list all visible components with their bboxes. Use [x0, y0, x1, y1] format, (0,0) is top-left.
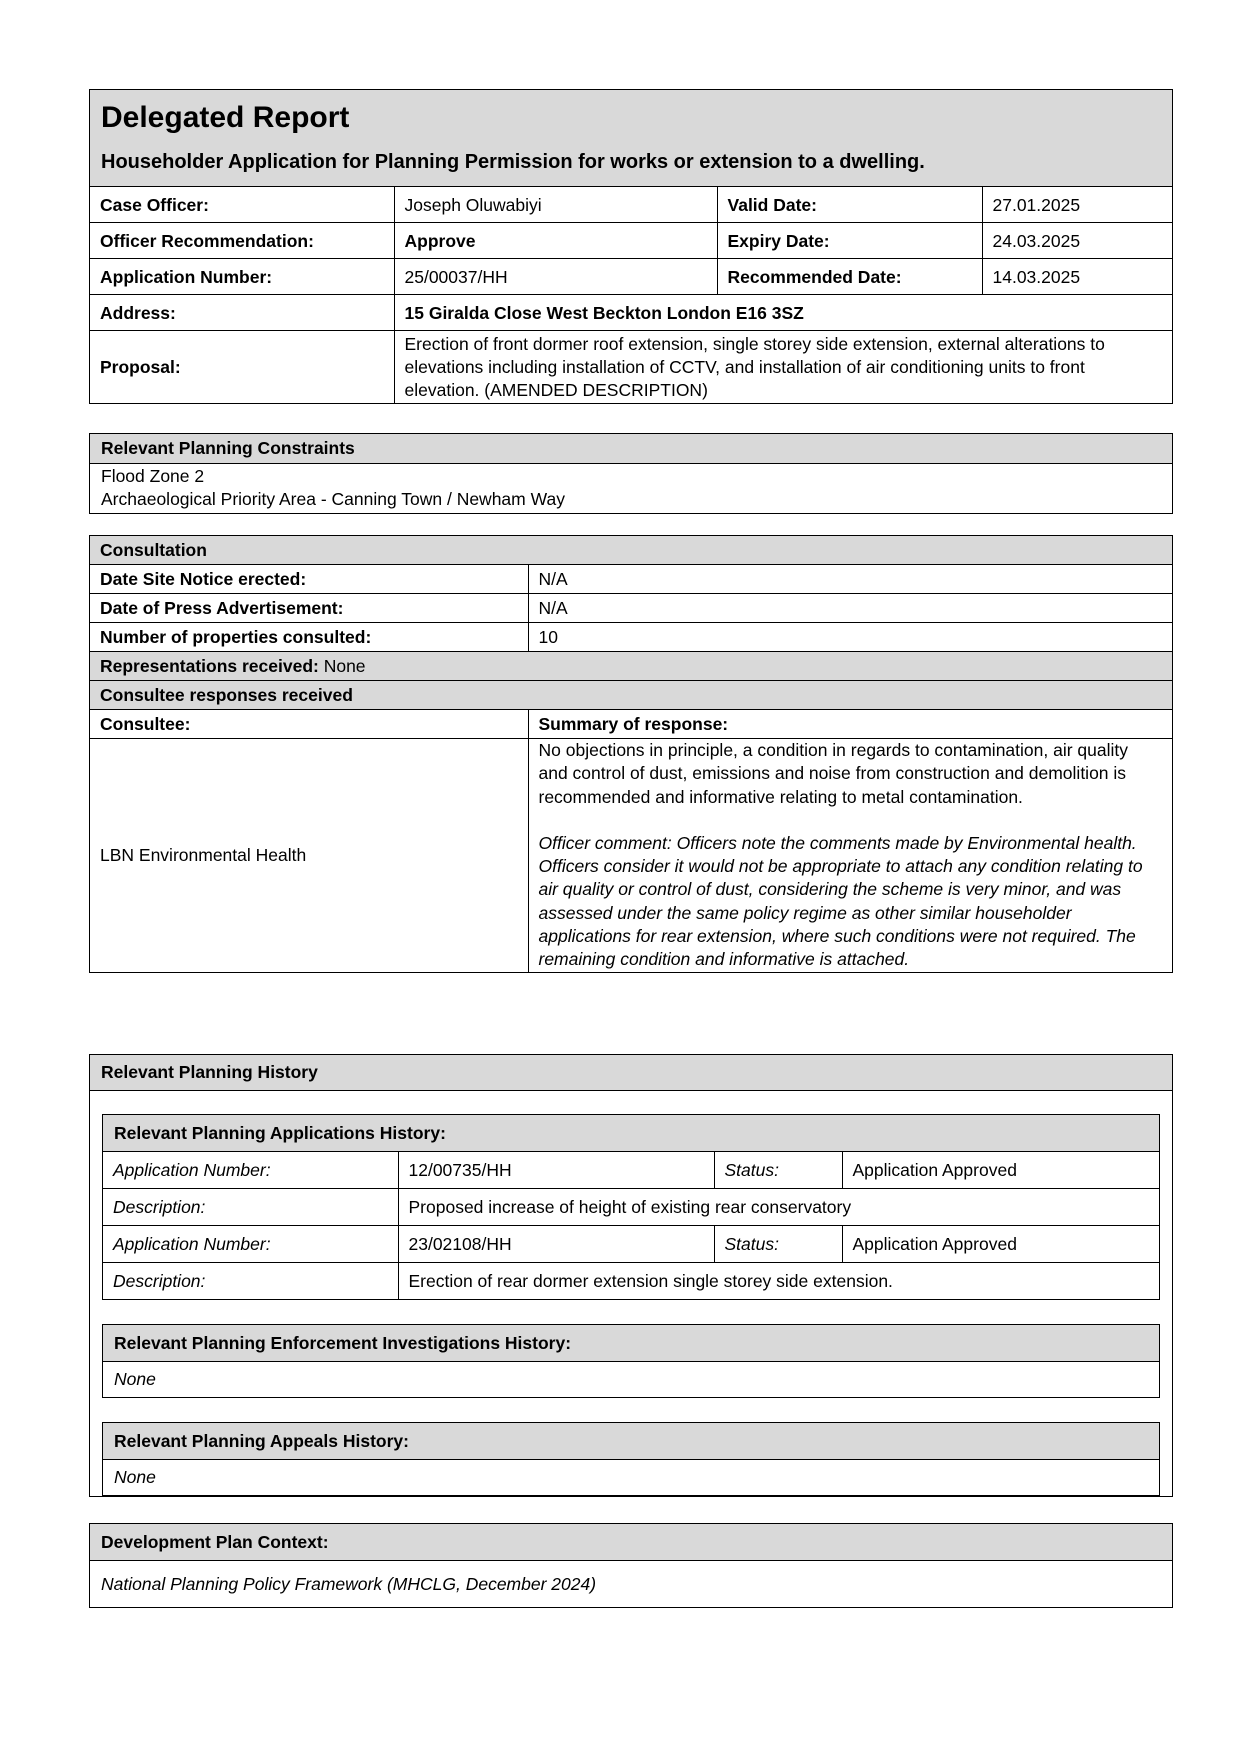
description-value: Erection of rear dormer extension single…	[398, 1263, 1159, 1300]
table-row: Description: Erection of rear dormer ext…	[103, 1263, 1159, 1300]
table-row: Application Number: 25/00037/HH Recommen…	[90, 259, 1172, 295]
appeals-history: Relevant Planning Appeals History: None	[102, 1422, 1160, 1496]
report-title: Delegated Report	[101, 100, 1161, 136]
representations-label: Representations received:	[100, 656, 319, 676]
app-number-value: 23/02108/HH	[398, 1226, 714, 1263]
address-label: Address:	[90, 295, 394, 331]
recommended-date-label: Recommended Date:	[717, 259, 982, 295]
representations-row: Representations received: None	[90, 652, 1172, 681]
table-row: Consultation	[90, 536, 1172, 565]
recommended-date-value: 14.03.2025	[982, 259, 1172, 295]
summary-header: Summary of response:	[528, 710, 1172, 739]
table-row: Proposal: Erection of front dormer roof …	[90, 331, 1172, 404]
expiry-date-value: 24.03.2025	[982, 223, 1172, 259]
consultation-table: Consultation Date Site Notice erected: N…	[90, 536, 1172, 972]
table-row: Number of properties consulted: 10	[90, 623, 1172, 652]
enforcement-history-value: None	[103, 1362, 1159, 1397]
description-label: Description:	[103, 1263, 398, 1300]
table-row: Representations received: None	[90, 652, 1172, 681]
officer-comment: Officer comment: Officers note the comme…	[539, 832, 1163, 972]
applications-history-title: Relevant Planning Applications History:	[103, 1115, 1159, 1152]
table-row: LBN Environmental Health No objections i…	[90, 739, 1172, 972]
proposal-label: Proposal:	[90, 331, 394, 404]
status-label: Status:	[714, 1152, 842, 1189]
appeals-history-title: Relevant Planning Appeals History:	[103, 1423, 1159, 1460]
description-value: Proposed increase of height of existing …	[398, 1189, 1159, 1226]
report-summary: Delegated Report Householder Application…	[89, 89, 1173, 404]
constraints-list: Flood Zone 2 Archaeological Priority Are…	[90, 464, 1172, 513]
table-row: Date of Press Advertisement: N/A	[90, 594, 1172, 623]
applications-table: Application Number: 12/00735/HH Status: …	[103, 1152, 1159, 1299]
appeals-history-value: None	[103, 1460, 1159, 1496]
app-number-value: 12/00735/HH	[398, 1152, 714, 1189]
spacer	[539, 809, 1163, 832]
consultee-header: Consultee:	[90, 710, 528, 739]
properties-label: Number of properties consulted:	[90, 623, 528, 652]
table-row: Consultee: Summary of response:	[90, 710, 1172, 739]
status-value: Application Approved	[842, 1226, 1159, 1263]
proposal-value: Erection of front dormer roof extension,…	[394, 331, 1172, 404]
press-value: N/A	[528, 594, 1172, 623]
report-subtitle: Householder Application for Planning Per…	[101, 150, 1161, 174]
constraint-item: Archaeological Priority Area - Canning T…	[101, 488, 1161, 511]
table-row: Application Number: 23/02108/HH Status: …	[103, 1226, 1159, 1263]
properties-value: 10	[528, 623, 1172, 652]
table-row: Consultee responses received	[90, 681, 1172, 710]
case-officer-value: Joseph Oluwabiyi	[394, 187, 717, 223]
table-row: Date Site Notice erected: N/A	[90, 565, 1172, 594]
development-plan-context: Development Plan Context: National Plann…	[89, 1523, 1173, 1608]
representations-value: None	[319, 656, 366, 676]
consultee-response: No objections in principle, a condition …	[528, 739, 1172, 972]
case-officer-label: Case Officer:	[90, 187, 394, 223]
consultee-name: LBN Environmental Health	[90, 739, 528, 972]
table-row: Address: 15 Giralda Close West Beckton L…	[90, 295, 1172, 331]
status-value: Application Approved	[842, 1152, 1159, 1189]
planning-history: Relevant Planning History Relevant Plann…	[89, 1054, 1173, 1497]
valid-date-value: 27.01.2025	[982, 187, 1172, 223]
site-notice-label: Date Site Notice erected:	[90, 565, 528, 594]
press-label: Date of Press Advertisement:	[90, 594, 528, 623]
consultation-section: Consultation Date Site Notice erected: N…	[89, 535, 1173, 973]
devplan-text: National Planning Policy Framework (MHCL…	[90, 1561, 1172, 1607]
planning-constraints: Relevant Planning Constraints Flood Zone…	[89, 433, 1173, 514]
report-header: Delegated Report Householder Application…	[90, 90, 1172, 187]
consultee-responses-title: Consultee responses received	[90, 681, 1172, 710]
valid-date-label: Valid Date:	[717, 187, 982, 223]
app-number-label: Application Number:	[103, 1226, 398, 1263]
application-number-value: 25/00037/HH	[394, 259, 717, 295]
table-row: Application Number: 12/00735/HH Status: …	[103, 1152, 1159, 1189]
devplan-title: Development Plan Context:	[90, 1524, 1172, 1561]
description-label: Description:	[103, 1189, 398, 1226]
enforcement-history: Relevant Planning Enforcement Investigat…	[102, 1324, 1160, 1398]
table-row: Description: Proposed increase of height…	[103, 1189, 1159, 1226]
constraint-item: Flood Zone 2	[101, 465, 1161, 488]
consultation-title: Consultation	[90, 536, 1172, 565]
app-number-label: Application Number:	[103, 1152, 398, 1189]
response-text: No objections in principle, a condition …	[539, 739, 1163, 809]
recommendation-label: Officer Recommendation:	[90, 223, 394, 259]
recommendation-value: Approve	[394, 223, 717, 259]
applications-history: Relevant Planning Applications History: …	[102, 1114, 1160, 1300]
constraints-title: Relevant Planning Constraints	[90, 434, 1172, 464]
status-label: Status:	[714, 1226, 842, 1263]
history-title: Relevant Planning History	[90, 1055, 1172, 1091]
summary-table: Case Officer: Joseph Oluwabiyi Valid Dat…	[90, 187, 1172, 403]
table-row: Officer Recommendation: Approve Expiry D…	[90, 223, 1172, 259]
expiry-date-label: Expiry Date:	[717, 223, 982, 259]
enforcement-history-title: Relevant Planning Enforcement Investigat…	[103, 1325, 1159, 1362]
application-number-label: Application Number:	[90, 259, 394, 295]
site-notice-value: N/A	[528, 565, 1172, 594]
address-value: 15 Giralda Close West Beckton London E16…	[394, 295, 1172, 331]
table-row: Case Officer: Joseph Oluwabiyi Valid Dat…	[90, 187, 1172, 223]
